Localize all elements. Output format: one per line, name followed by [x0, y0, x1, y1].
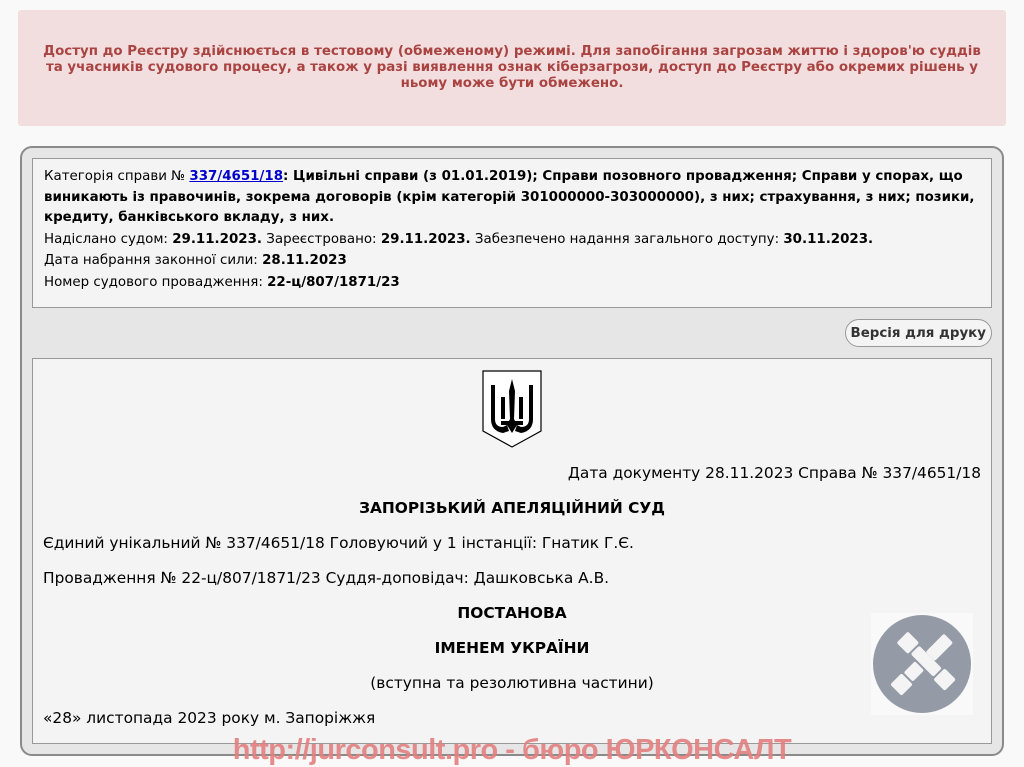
unique-number-line: Єдиний унікальний № 337/4651/18 Головуюч…: [43, 534, 634, 552]
registered-date: 29.11.2023.: [381, 232, 471, 247]
sent-date: 29.11.2023.: [172, 232, 262, 247]
document-body: Дата документу 28.11.2023 Справа № 337/4…: [32, 358, 992, 744]
ukraine-coat-of-arms-icon: [481, 369, 543, 449]
case-category: Категорія справи № 337/4651/18: Цивільні…: [44, 167, 980, 229]
document-parts-note: (вступна та резолютивна частини): [33, 674, 991, 692]
document-title: ПОСТАНОВА: [33, 604, 991, 622]
legal-force-line: Дата набрання законної сили: 28.11.2023: [44, 250, 980, 272]
proceeding-line: Провадження № 22-ц/807/1871/23 Суддя-доп…: [43, 569, 609, 587]
proceeding-number: 22-ц/807/1871/23: [267, 275, 400, 290]
watermark-text: http://jurconsult.pro - бюро ЮРКОНСАЛТ: [0, 734, 1024, 767]
document-subtitle: ІМЕНЕМ УКРАЇНИ: [33, 639, 991, 657]
place-date-line: «28» листопада 2023 року м. Запоріжжя: [43, 709, 375, 727]
warning-text: Доступ до Реєстру здійснюється в тестово…: [34, 44, 990, 92]
case-number-link[interactable]: 337/4651/18: [189, 169, 283, 184]
access-date: 30.11.2023.: [783, 232, 873, 247]
court-name: ЗАПОРІЗЬКИЙ АПЕЛЯЦІЙНИЙ СУД: [33, 499, 991, 517]
puzzle-logo-icon: [871, 613, 973, 715]
document-date-line: Дата документу 28.11.2023 Справа № 337/4…: [568, 464, 981, 482]
proceeding-number-line: Номер судового провадження: 22-ц/807/187…: [44, 272, 980, 294]
case-info-panel: Категорія справи № 337/4651/18: Цивільні…: [32, 158, 992, 308]
warning-banner: Доступ до Реєстру здійснюється в тестово…: [18, 10, 1006, 126]
dates-line: Надіслано судом: 29.11.2023. Зареєстрова…: [44, 229, 980, 251]
decision-container: Категорія справи № 337/4651/18: Цивільні…: [20, 146, 1004, 756]
print-version-button[interactable]: Версія для друку: [845, 319, 993, 347]
legal-force-date: 28.11.2023: [262, 253, 347, 268]
